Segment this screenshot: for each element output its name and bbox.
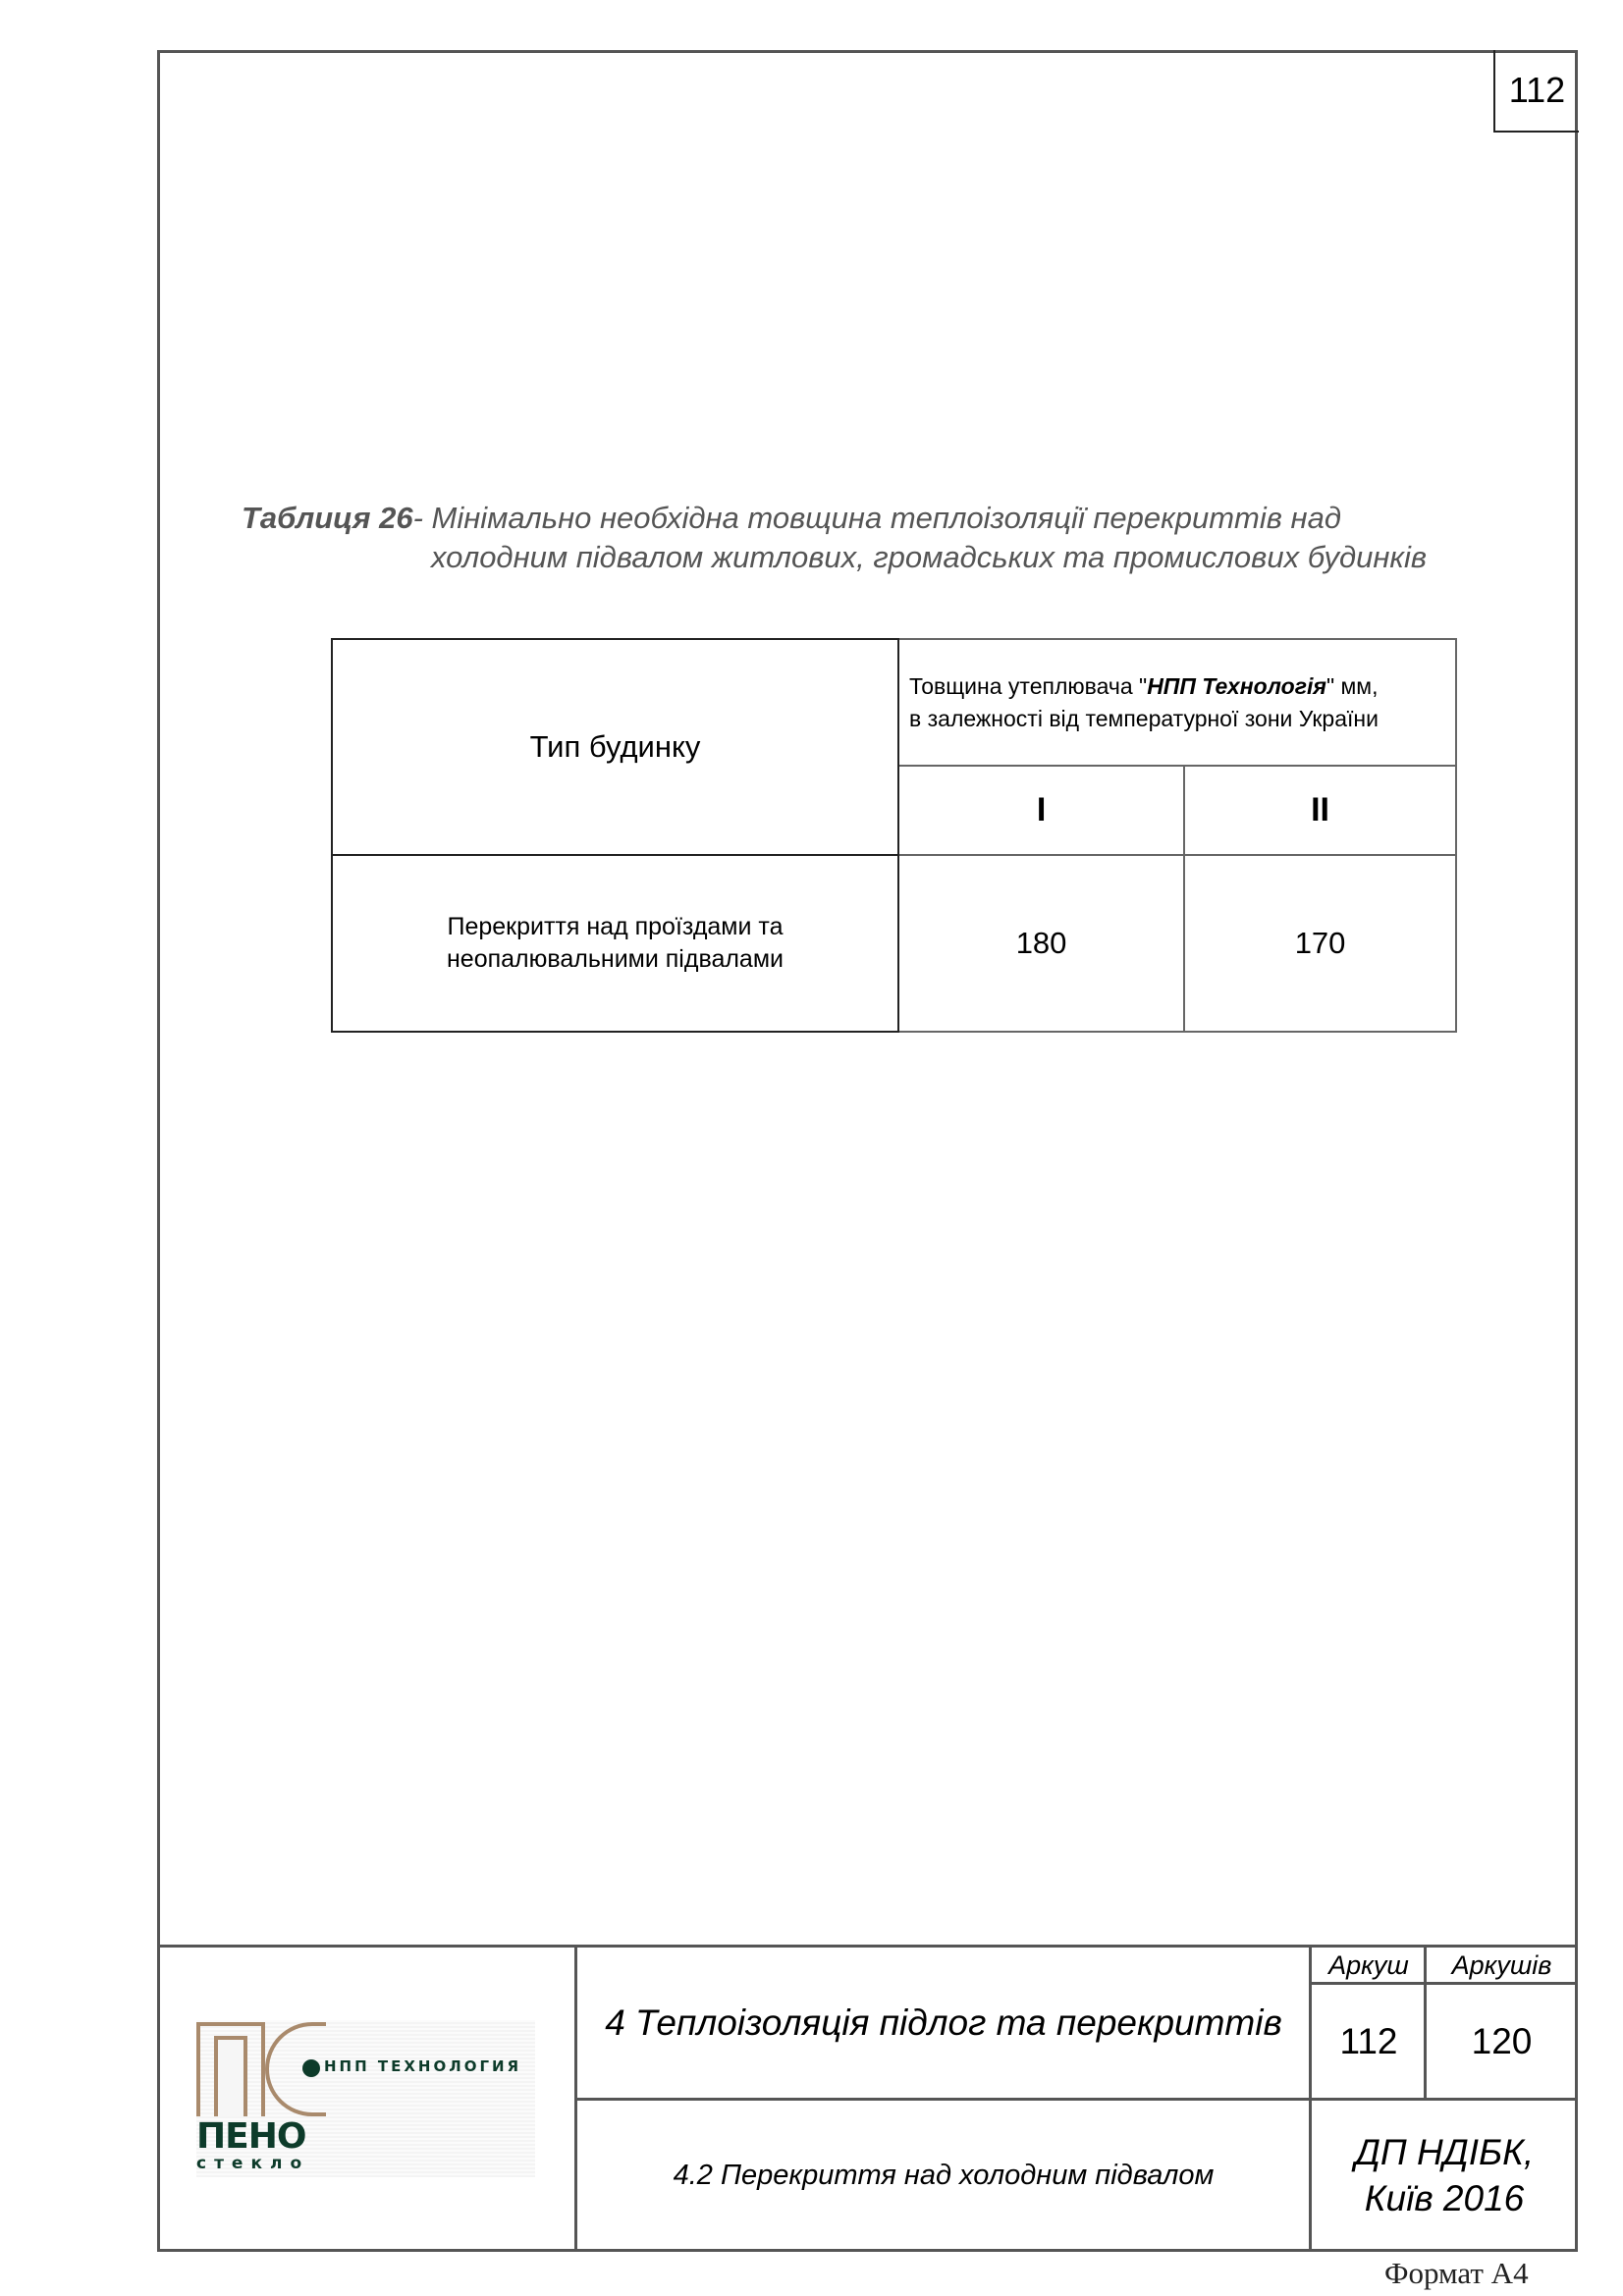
row-label-line1: Перекриття над проїздами та [448,913,784,940]
header-thickness-suffix: " мм, [1326,673,1379,699]
paper-format-label: Формат А4 [1384,2256,1529,2291]
sheets-total-value: 120 [1428,1986,1576,2098]
zone-2-label: II [1311,791,1329,828]
company-logo: НПП ТЕХНОЛОГИЯ ПЕНО стекло [196,2020,535,2177]
title-block-row-divider [574,2098,1578,2101]
row-label-line2: неопалювальними підвалами [447,945,784,973]
logo-dot-icon [302,2059,320,2077]
caption-label: Таблиця 26 [242,501,413,535]
table-caption: Таблиця 26- Мінімально необхідна товщина… [242,499,1518,577]
header-insulation-thickness: Товщина утеплювача "НПП Технологія" мм, … [898,639,1456,766]
organization-name: ДП НДІБК, [1355,2129,1534,2175]
page-number: 112 [1509,70,1565,111]
header-building-type: Тип будинку [332,639,898,855]
caption-text-line2: холодним підвалом житлових, громадських … [242,538,1518,577]
sheet-value: 112 [1313,1986,1425,2098]
row-building-type: Перекриття над проїздами та неопалювальн… [332,855,898,1032]
logo-brand-line2: стекло [196,2154,309,2173]
section-title: 4 Теплоізоляція підлог та перекриттів [579,1949,1308,2098]
logo-brand-line1: ПЕНО [196,2120,305,2154]
logo-p-glyph [196,2022,265,2116]
sheet-label: Аркуш [1313,1948,1425,1983]
logo-company-name: НПП ТЕХНОЛОГИЯ [324,2057,521,2075]
header-thickness-brand: НПП Технологія [1147,673,1326,699]
organization-city-year: Київ 2016 [1365,2175,1525,2221]
organization: ДП НДІБК, Київ 2016 [1313,2102,1576,2249]
caption-text-line1: - Мінімально необхідна товщина теплоізол… [413,501,1341,535]
header-building-type-label: Тип будинку [530,729,701,764]
header-zone-1: I [898,766,1184,855]
header-zone-2: II [1184,766,1456,855]
value-zone-1: 180 [898,855,1184,1032]
value-zone-2: 170 [1184,855,1456,1032]
insulation-thickness-table: Тип будинку Товщина утеплювача "НПП Техн… [331,638,1457,1033]
value-zone-2-text: 170 [1295,926,1346,960]
value-zone-1-text: 180 [1016,926,1067,960]
header-thickness-line2: в залежності від температурної зони Укра… [909,706,1379,731]
sheets-total-label: Аркушів [1428,1948,1576,1983]
table-row: Перекриття над проїздами та неопалювальн… [332,855,1456,1032]
header-thickness-prefix: Товщина утеплювача " [909,673,1147,699]
page-number-box: 112 [1493,50,1579,133]
subsection-title: 4.2 Перекриття над холодним підвалом [579,2102,1308,2249]
page-frame [157,50,1578,2252]
zone-1-label: I [1037,791,1046,828]
